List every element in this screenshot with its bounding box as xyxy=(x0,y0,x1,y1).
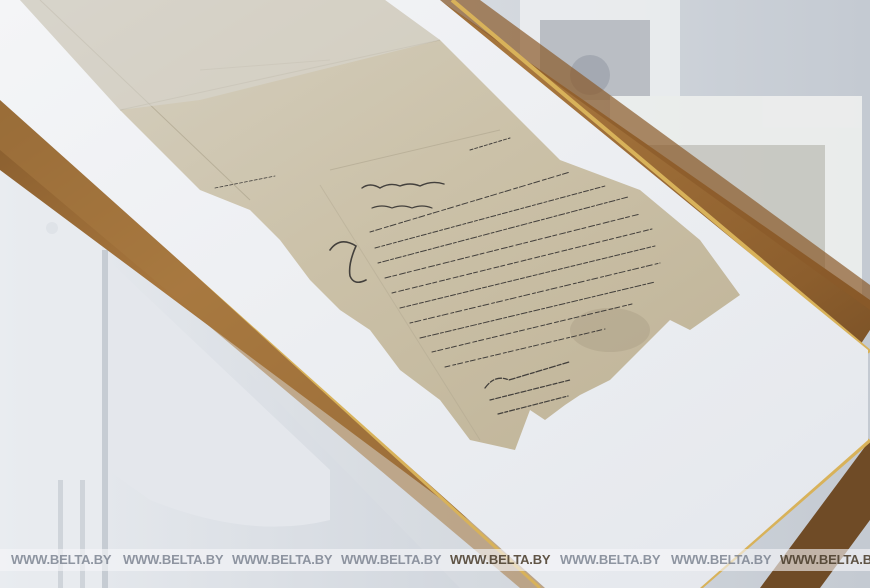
watermark-label: WWW.BELTA.BY xyxy=(780,552,870,567)
watermark-label: WWW.BELTA.BY xyxy=(341,552,441,567)
scene-artwork xyxy=(0,0,870,588)
watermark-label: WWW.BELTA.BY xyxy=(123,552,223,567)
watermark-label: WWW.BELTA.BY xyxy=(560,552,660,567)
watermark-label: WWW.BELTA.BY xyxy=(11,552,111,567)
watermark-label: WWW.BELTA.BY xyxy=(450,552,550,567)
watermark-label: WWW.BELTA.BY xyxy=(671,552,771,567)
watermark-strip: WWW.BELTA.BY WWW.BELTA.BY WWW.BELTA.BY W… xyxy=(0,549,870,571)
watermark-label: WWW.BELTA.BY xyxy=(232,552,332,567)
photo-scene: WWW.BELTA.BY WWW.BELTA.BY WWW.BELTA.BY W… xyxy=(0,0,870,588)
